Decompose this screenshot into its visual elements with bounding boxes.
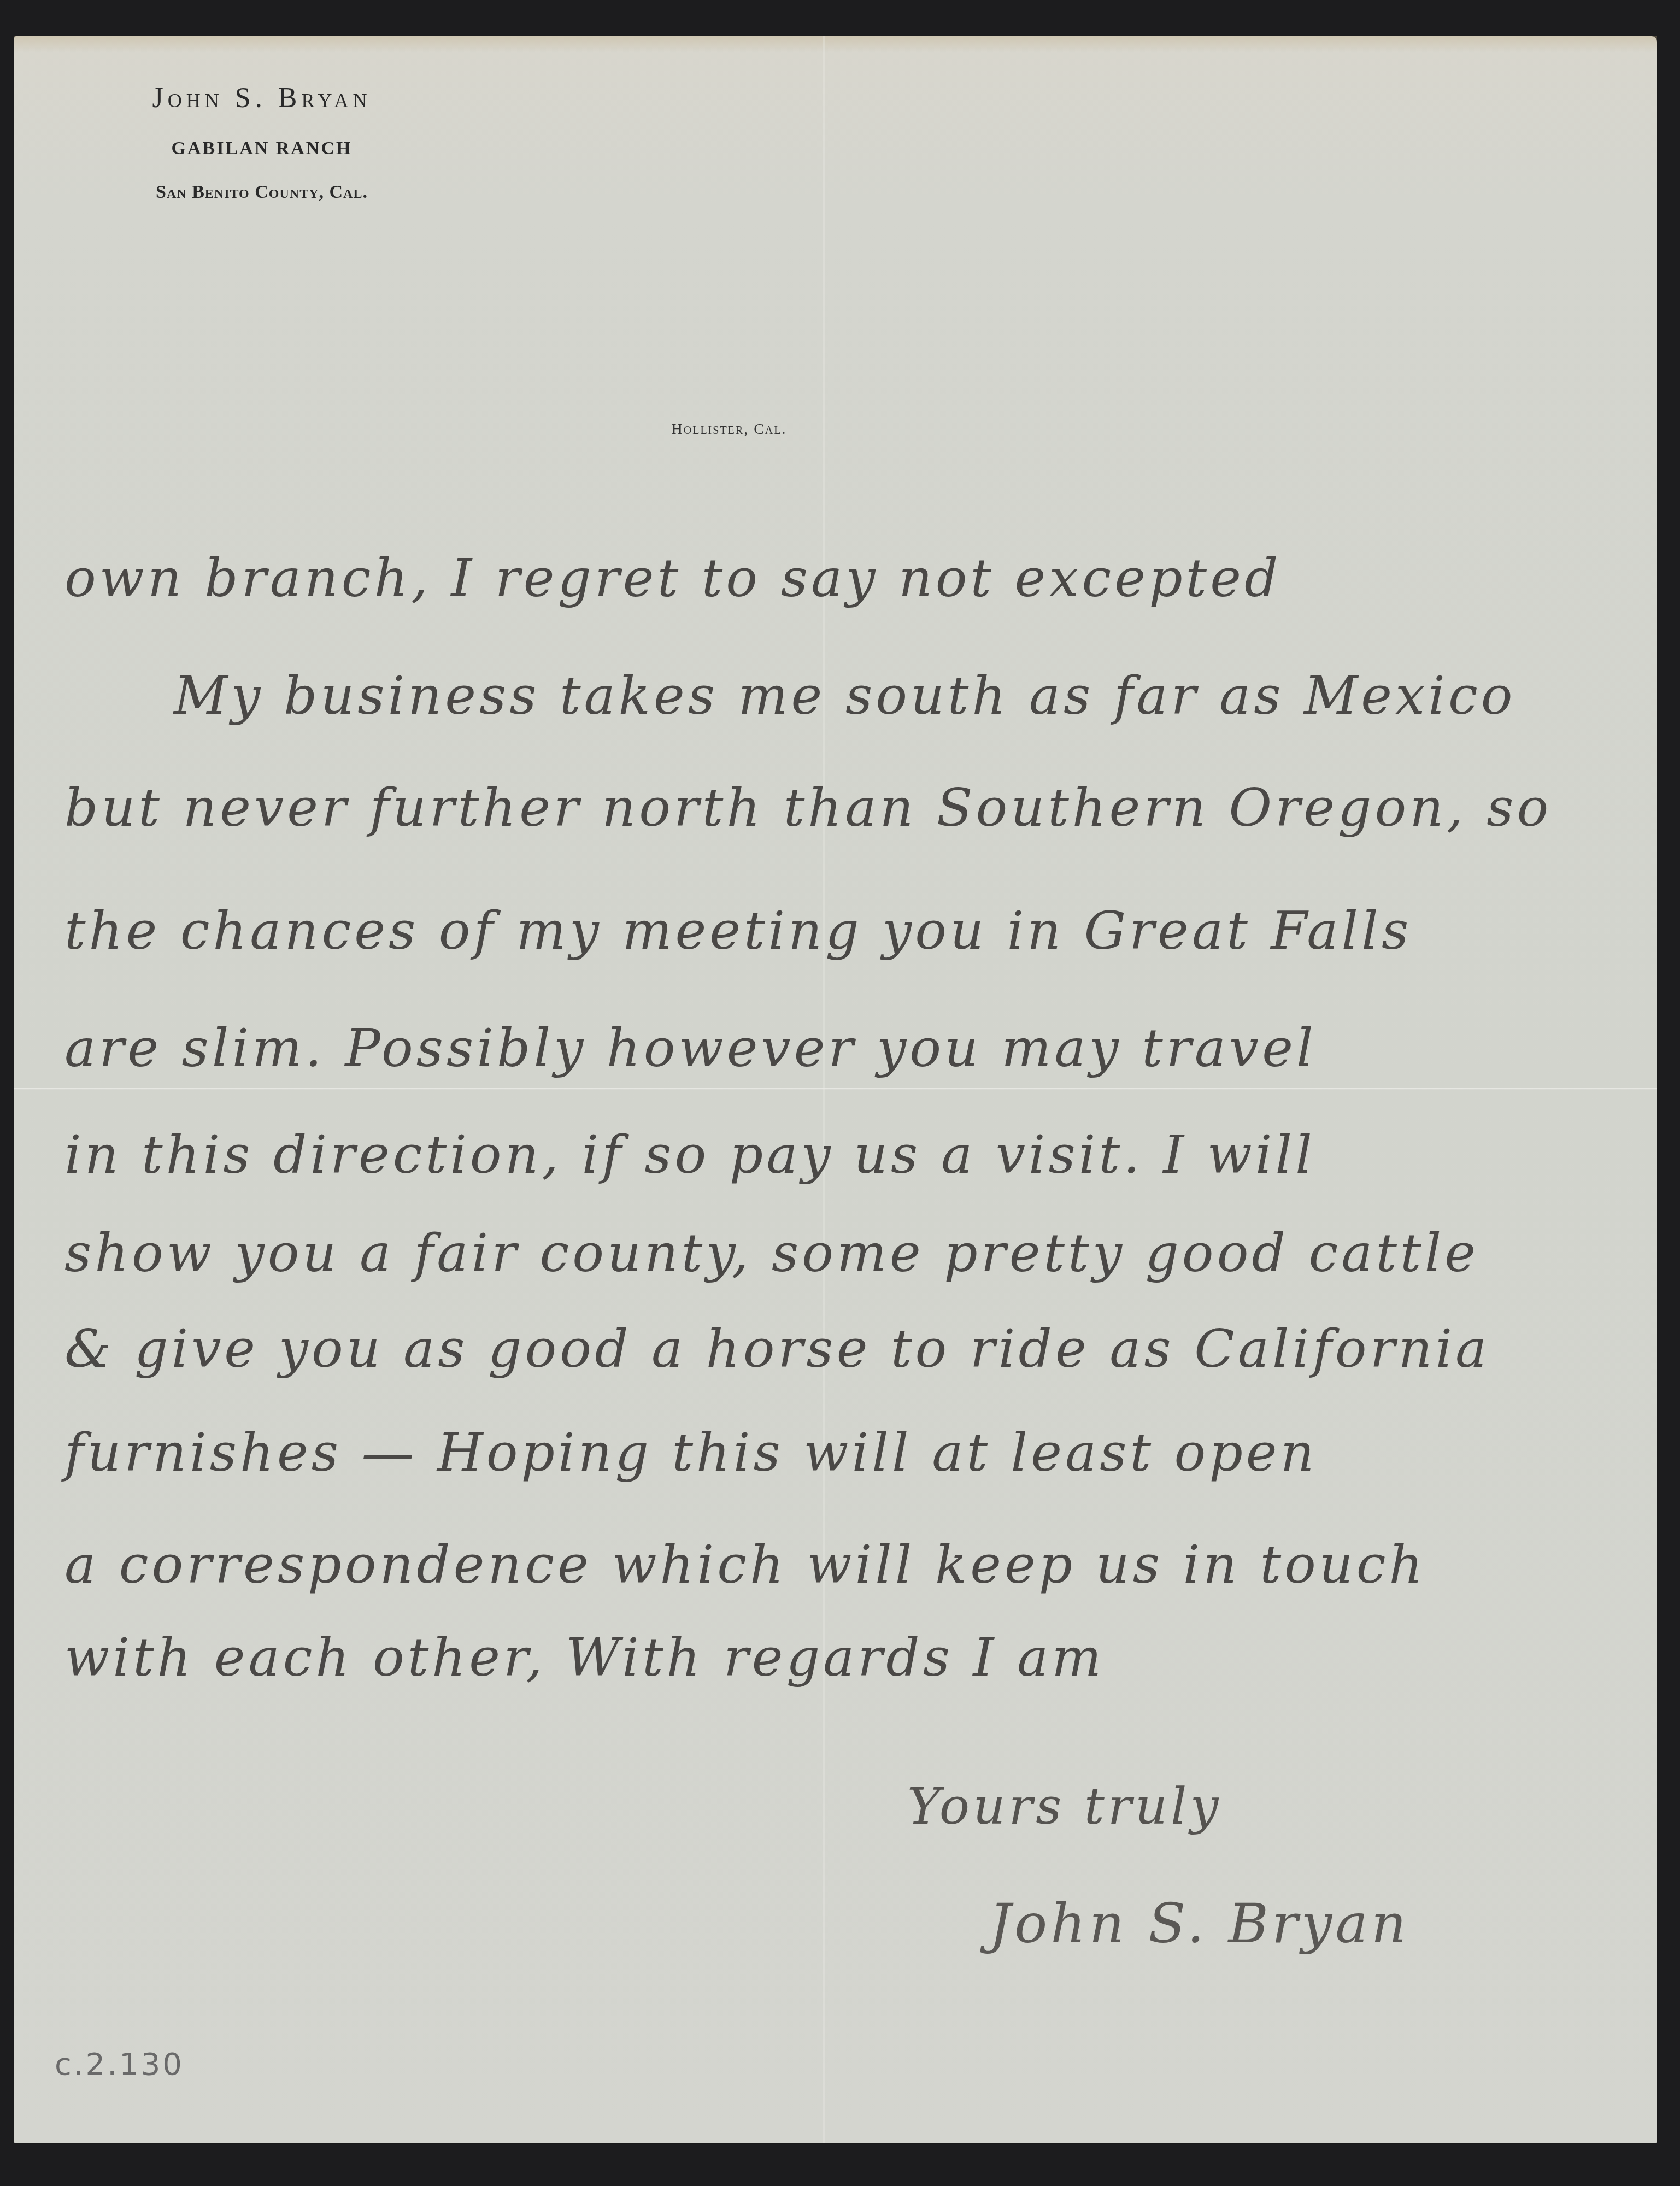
letterhead: John S. Bryan GABILAN RANCH San Benito C… [84,82,439,203]
body-line: are slim. Possibly however you may trave… [64,1022,1317,1074]
body-line: but never further north than Southern Or… [64,781,1552,834]
catalog-number: c.2.130 [55,2047,184,2082]
body-line: My business takes me south as far as Mex… [174,669,1515,722]
body-line: a correspondence which will keep us in t… [64,1538,1426,1591]
body-line: in this direction, if so pay us a visit.… [64,1129,1315,1181]
body-line: with each other, With regards I am [64,1631,1105,1684]
horizontal-fold-crease [14,1088,1657,1090]
place-heading: Hollister, Cal. [625,421,833,438]
vertical-fold-crease [823,36,825,2143]
closing-salutation: Yours truly [907,1782,1221,1832]
body-line: show you a fair county, some pretty good… [64,1227,1479,1279]
letter-sheet [14,36,1657,2143]
letterhead-county: San Benito County, Cal. [84,182,439,203]
letterhead-name: John S. Bryan [84,82,439,114]
body-line: furnishes — Hoping this will at least op… [64,1426,1317,1479]
body-line: own branch, I regret to say not excepted [64,552,1281,604]
letterhead-ranch: GABILAN RANCH [84,138,439,159]
body-line: & give you as good a horse to ride as Ca… [64,1323,1490,1375]
body-line: the chances of my meeting you in Great F… [64,904,1412,957]
signature: John S. Bryan [989,1896,1409,1951]
